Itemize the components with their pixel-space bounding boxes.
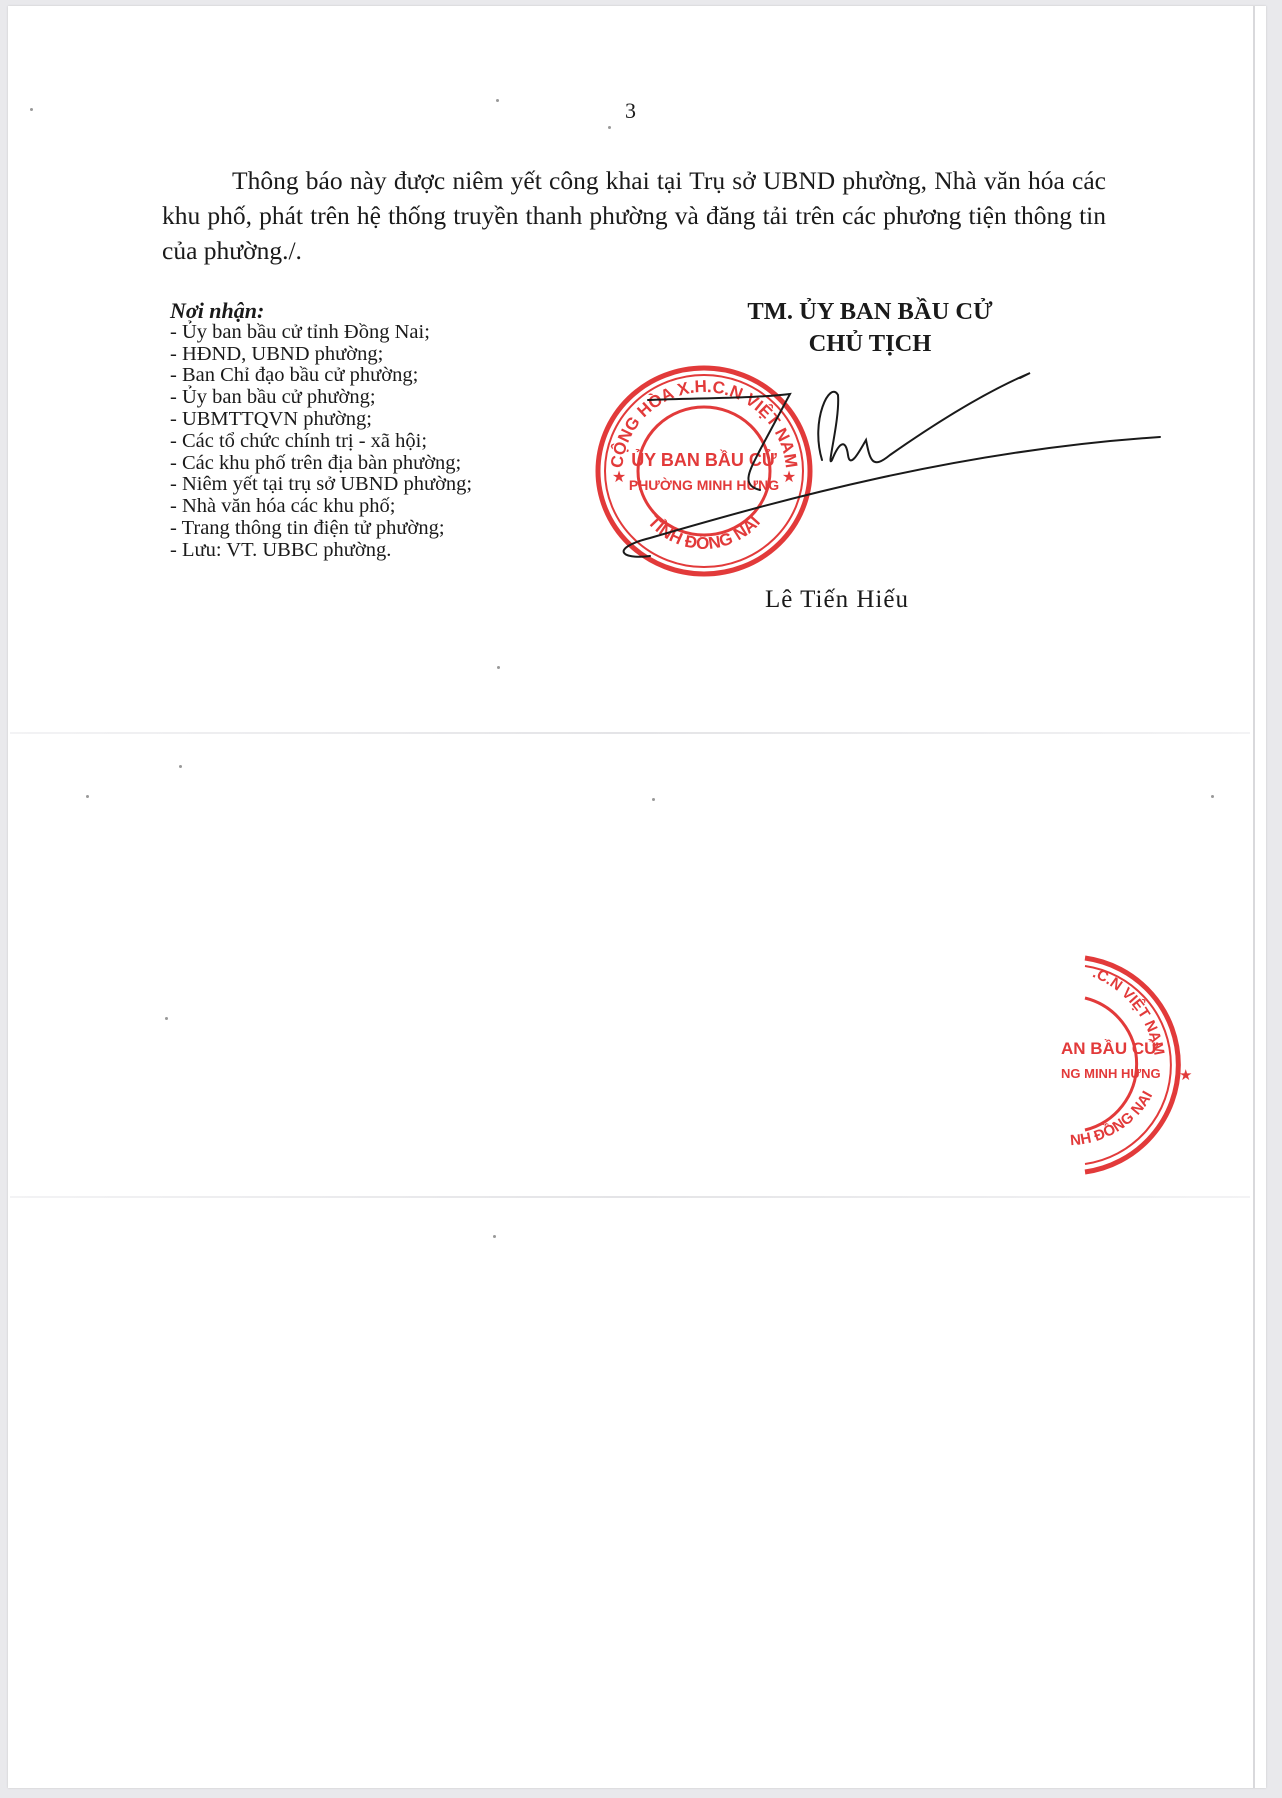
recipient-item: - Các tổ chức chính trị - xã hội; xyxy=(170,431,472,453)
recipient-item: - Ủy ban bầu cử tỉnh Đồng Nai; xyxy=(170,322,472,344)
scan-speck xyxy=(497,666,500,669)
signature-position: CHỦ TỊCH xyxy=(700,328,1040,360)
svg-text:PHƯỜNG MINH HƯNG: PHƯỜNG MINH HƯNG xyxy=(629,476,779,493)
fold-line xyxy=(10,1196,1250,1198)
body-paragraph: Thông báo này được niêm yết công khai tạ… xyxy=(162,163,1106,268)
fold-line xyxy=(10,732,1250,734)
recipient-item: - Ban Chỉ đạo bầu cử phường; xyxy=(170,365,472,387)
document-page xyxy=(8,6,1266,1788)
recipient-item: - Niêm yết tại trụ sở UBND phường; xyxy=(170,474,472,496)
signer-name: Lê Tiến Hiếu xyxy=(765,586,909,614)
official-seal: CỘNG HÒA X.H.C.N VIỆT NAM TỈNH ĐỒNG NAI … xyxy=(592,362,816,580)
scan-speck xyxy=(496,99,499,102)
signature-block: TM. ỦY BAN BẦU CỬ CHỦ TỊCH xyxy=(700,296,1040,360)
signature-title: TM. ỦY BAN BẦU CỬ xyxy=(700,296,1040,328)
svg-text:★: ★ xyxy=(612,469,626,486)
svg-text:AN BẦU CỬ: AN BẦU CỬ xyxy=(1061,1039,1159,1058)
recipient-item: - Nhà văn hóa các khu phố; xyxy=(170,496,472,518)
recipient-item: - Lưu: VT. UBBC phường. xyxy=(170,540,472,562)
recipient-item: - UBMTTQVN phường; xyxy=(170,409,472,431)
scan-speck xyxy=(493,1235,496,1238)
scan-speck xyxy=(165,1017,168,1020)
partial-seal: .C.N VIỆT NAM NH ĐỒNG NAI AN BẦU CỬ NG M… xyxy=(1055,950,1215,1180)
svg-text:★: ★ xyxy=(782,469,796,486)
scan-speck xyxy=(1211,795,1214,798)
body-paragraph-text: Thông báo này được niêm yết công khai tạ… xyxy=(162,166,1106,265)
scan-speck xyxy=(179,765,182,768)
page-edge xyxy=(1253,6,1255,1788)
svg-text:★: ★ xyxy=(1179,1067,1192,1084)
svg-text:NH ĐỒNG NAI: NH ĐỒNG NAI xyxy=(1070,1088,1157,1149)
svg-text:NG MINH HƯNG: NG MINH HƯNG xyxy=(1061,1066,1161,1081)
svg-text:ỦY BAN BẦU CỬ: ỦY BAN BẦU CỬ xyxy=(631,449,777,470)
recipients-title: Nơi nhận: xyxy=(170,300,472,322)
scan-speck xyxy=(652,798,655,801)
scan-speck xyxy=(30,108,33,111)
recipient-item: - Ủy ban bầu cử phường; xyxy=(170,387,472,409)
page-number: 3 xyxy=(625,98,636,124)
seal-outer-bottom-text: TỈNH ĐỒNG NAI xyxy=(644,512,764,553)
recipients-list: Nơi nhận: - Ủy ban bầu cử tỉnh Đồng Nai;… xyxy=(170,300,472,562)
scan-speck xyxy=(608,126,611,129)
recipient-item: - Các khu phố trên địa bàn phường; xyxy=(170,453,472,475)
scan-speck xyxy=(86,795,89,798)
recipient-item: - Trang thông tin điện tử phường; xyxy=(170,518,472,540)
recipient-item: - HĐND, UBND phường; xyxy=(170,344,472,366)
